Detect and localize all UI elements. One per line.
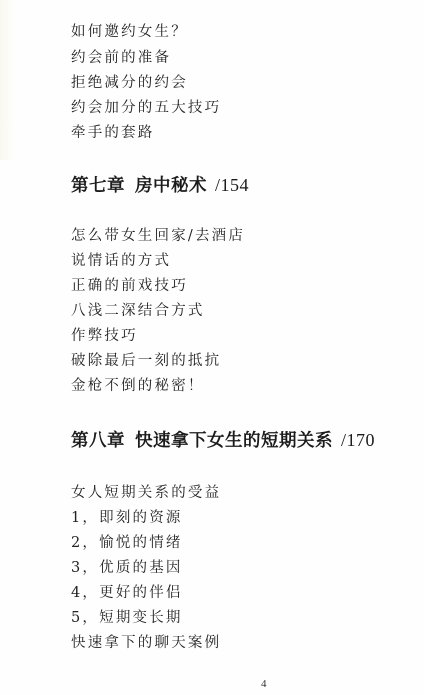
chapter-heading-8: 第八章快速拿下女生的短期关系/170 bbox=[71, 429, 375, 452]
chapter-heading-7: 第七章房中秘术/154 bbox=[71, 174, 249, 197]
chapter-number: 第七章 bbox=[71, 176, 125, 196]
book-page: 如何邀约女生？ 约会前的准备 拒绝减分的约会 约会加分的五大技巧 牵手的套路 第… bbox=[0, 0, 424, 695]
toc-entry: 拒绝减分的约会 bbox=[71, 74, 188, 92]
chapter-number: 第八章 bbox=[71, 431, 125, 451]
toc-entry: 2，愉悦的情绪 bbox=[71, 534, 183, 552]
toc-entry: 约会前的准备 bbox=[71, 49, 171, 67]
toc-entry: 如何邀约女生？ bbox=[71, 23, 188, 41]
toc-entry: 约会加分的五大技巧 bbox=[71, 99, 221, 117]
toc-entry: 怎么带女生回家/去酒店 bbox=[71, 227, 245, 245]
toc-entry: 作弊技巧 bbox=[71, 327, 138, 345]
toc-entry: 破除最后一刻的抵抗 bbox=[71, 352, 221, 370]
toc-entry: 4，更好的伴侣 bbox=[71, 584, 183, 602]
page-edge-shadow bbox=[0, 0, 14, 160]
toc-entry: 正确的前戏技巧 bbox=[71, 277, 188, 295]
toc-entry: 说情话的方式 bbox=[71, 252, 171, 270]
toc-entry: 3，优质的基因 bbox=[71, 559, 183, 577]
toc-entry: 金枪不倒的秘密！ bbox=[71, 377, 205, 395]
toc-entry: 牵手的套路 bbox=[71, 124, 155, 142]
toc-entry: 5，短期变长期 bbox=[71, 609, 183, 627]
chapter-page-ref: /154 bbox=[215, 175, 249, 195]
page-number: 4 bbox=[261, 678, 267, 690]
chapter-title: 快速拿下女生的短期关系 bbox=[135, 431, 333, 451]
toc-entry: 八浅二深结合方式 bbox=[71, 302, 205, 320]
toc-entry: 1，即刻的资源 bbox=[71, 509, 183, 527]
chapter-page-ref: /170 bbox=[341, 430, 375, 450]
chapter-title: 房中秘术 bbox=[135, 176, 207, 196]
toc-entry: 女人短期关系的受益 bbox=[71, 484, 221, 502]
toc-entry: 快速拿下的聊天案例 bbox=[71, 634, 221, 652]
